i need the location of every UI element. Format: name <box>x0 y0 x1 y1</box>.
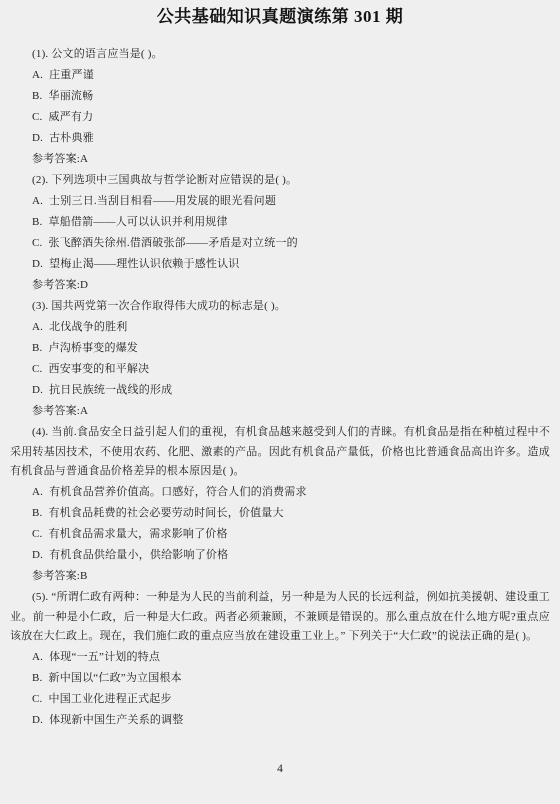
page-title: 公共基础知识真题演练第 301 期 <box>0 0 560 29</box>
option-line: B.卢沟桥事变的爆发 <box>10 339 550 359</box>
option-line: B.草船借箭——人可以认识并利用规律 <box>10 213 550 233</box>
page-number: 4 <box>0 763 560 775</box>
question-stem: (1). 公文的语言应当是( )。 <box>10 45 550 65</box>
document-page: 公共基础知识真题演练第 301 期 (1). 公文的语言应当是( )。 A.庄重… <box>0 0 560 804</box>
option-line: A.北伐战争的胜利 <box>10 318 550 338</box>
option-text: 有机食品耗费的社会必要劳动时间长，价值量大 <box>49 507 284 519</box>
option-line: C.威严有力 <box>10 108 550 128</box>
option-line: A.庄重严谨 <box>10 66 550 86</box>
question-stem: (5). “所谓仁政有两种：一种是为人民的当前利益，另一种是为人民的长远利益，例… <box>10 588 550 647</box>
question-block-2: (2). 下列选项中三国典故与哲学论断对应错误的是( )。 A.士别三日.当刮目… <box>10 171 550 296</box>
option-label: C. <box>32 363 43 375</box>
option-line: C.中国工业化进程正式起步 <box>10 690 550 710</box>
option-line: D.古朴典雅 <box>10 129 550 149</box>
question-stem: (2). 下列选项中三国典故与哲学论断对应错误的是( )。 <box>10 171 550 191</box>
option-label: B. <box>32 507 43 519</box>
option-label: A. <box>32 321 43 333</box>
option-label: A. <box>32 69 43 81</box>
document-body: (1). 公文的语言应当是( )。 A.庄重严谨 B.华丽流畅 C.威严有力 D… <box>10 45 550 731</box>
option-text: 有机食品供给量小，供给影响了价格 <box>49 549 228 561</box>
option-label: B. <box>32 216 43 228</box>
option-text: 望梅止渴——理性认识依赖于感性认识 <box>49 258 239 270</box>
answer-line: 参考答案:A <box>10 402 550 422</box>
option-text: 庄重严谨 <box>49 69 94 81</box>
option-line: B.新中国以“仁政”为立国根本 <box>10 669 550 689</box>
option-text: 草船借箭——人可以认识并利用规律 <box>49 216 228 228</box>
option-label: C. <box>32 111 43 123</box>
option-text: 古朴典雅 <box>49 132 94 144</box>
option-label: A. <box>32 195 43 207</box>
option-line: A.有机食品营养价值高。口感好，符合人们的消费需求 <box>10 483 550 503</box>
question-block-1: (1). 公文的语言应当是( )。 A.庄重严谨 B.华丽流畅 C.威严有力 D… <box>10 45 550 170</box>
answer-line: 参考答案:B <box>10 567 550 587</box>
option-text: 西安事变的和平解决 <box>49 363 150 375</box>
option-label: D. <box>32 549 43 561</box>
option-label: D. <box>32 384 43 396</box>
option-line: D.有机食品供给量小，供给影响了价格 <box>10 546 550 566</box>
option-line: A.士别三日.当刮目相看——用发展的眼光看问题 <box>10 192 550 212</box>
answer-line: 参考答案:A <box>10 150 550 170</box>
option-label: D. <box>32 714 43 726</box>
option-line: B.华丽流畅 <box>10 87 550 107</box>
option-label: D. <box>32 258 43 270</box>
option-label: C. <box>32 237 43 249</box>
answer-line: 参考答案:D <box>10 276 550 296</box>
option-label: C. <box>32 693 43 705</box>
option-text: 体现新中国生产关系的调整 <box>49 714 183 726</box>
option-label: D. <box>32 132 43 144</box>
option-label: C. <box>32 528 43 540</box>
question-stem: (4). 当前.食品安全日益引起人们的重视，有机食品越来越受到人们的青睐。有机食… <box>10 423 550 482</box>
option-text: 有机食品营养价值高。口感好，符合人们的消费需求 <box>49 486 307 498</box>
option-line: D.体现新中国生产关系的调整 <box>10 711 550 731</box>
question-block-4: (4). 当前.食品安全日益引起人们的重视，有机食品越来越受到人们的青睐。有机食… <box>10 423 550 587</box>
option-line: D.抗日民族统一战线的形成 <box>10 381 550 401</box>
option-line: C.有机食品需求量大，需求影响了价格 <box>10 525 550 545</box>
option-line: B.有机食品耗费的社会必要劳动时间长，价值量大 <box>10 504 550 524</box>
option-line: C.西安事变的和平解决 <box>10 360 550 380</box>
option-text: 北伐战争的胜利 <box>49 321 127 333</box>
option-text: 华丽流畅 <box>49 90 94 102</box>
option-label: B. <box>32 672 43 684</box>
question-stem: (3). 国共两党第一次合作取得伟大成功的标志是( )。 <box>10 297 550 317</box>
option-label: A. <box>32 486 43 498</box>
option-text: 体现“一五”计划的特点 <box>49 651 160 663</box>
question-block-3: (3). 国共两党第一次合作取得伟大成功的标志是( )。 A.北伐战争的胜利 B… <box>10 297 550 422</box>
question-block-5: (5). “所谓仁政有两种：一种是为人民的当前利益，另一种是为人民的长远利益，例… <box>10 588 550 731</box>
option-text: 抗日民族统一战线的形成 <box>49 384 172 396</box>
option-text: 新中国以“仁政”为立国根本 <box>49 672 182 684</box>
option-text: 张飞醉酒失徐州.借酒破张郃——矛盾是对立统一的 <box>49 237 298 249</box>
option-label: A. <box>32 651 43 663</box>
option-line: C.张飞醉酒失徐州.借酒破张郃——矛盾是对立统一的 <box>10 234 550 254</box>
option-text: 中国工业化进程正式起步 <box>49 693 172 705</box>
option-text: 卢沟桥事变的爆发 <box>49 342 139 354</box>
option-line: D.望梅止渴——理性认识依赖于感性认识 <box>10 255 550 275</box>
option-label: B. <box>32 90 43 102</box>
option-label: B. <box>32 342 43 354</box>
option-line: A.体现“一五”计划的特点 <box>10 648 550 668</box>
option-text: 士别三日.当刮目相看——用发展的眼光看问题 <box>49 195 276 207</box>
option-text: 有机食品需求量大，需求影响了价格 <box>49 528 228 540</box>
option-text: 威严有力 <box>49 111 94 123</box>
